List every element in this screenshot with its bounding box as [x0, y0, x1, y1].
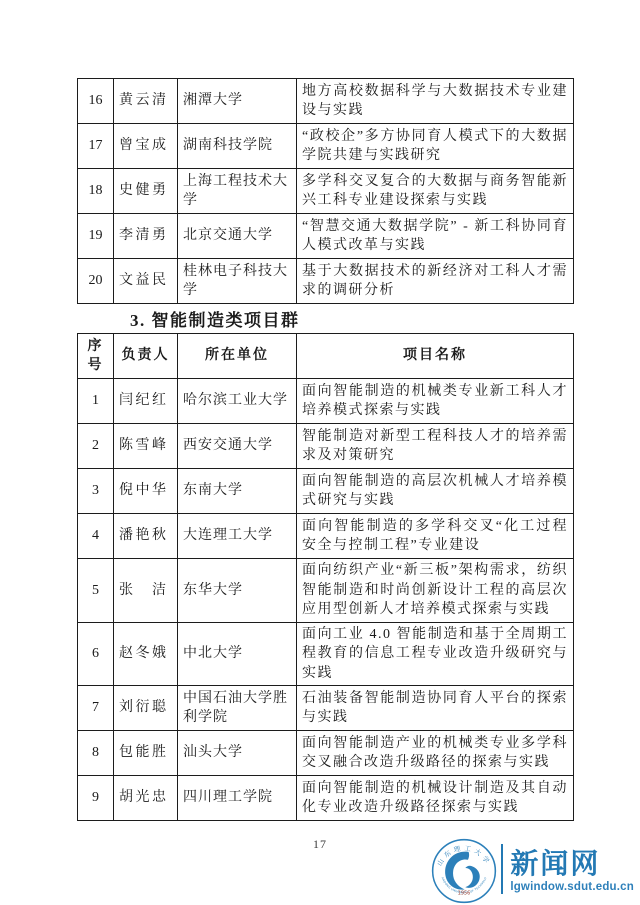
table-row: 18史健勇上海工程技术大学多学科交叉复合的大数据与商务智能新兴工科专业建设探索与…	[78, 169, 574, 214]
header-person-in-charge: 负责人	[114, 334, 178, 379]
cell-unit: 西安交通大学	[178, 424, 297, 469]
cell-no: 18	[78, 169, 114, 214]
cell-project: 面向纺织产业“新三板”架构需求，纺织智能制造和时尚创新设计工程的高层次应用型创新…	[297, 559, 574, 623]
watermark-site-url: lgwindow.sdut.edu.cn	[510, 880, 634, 894]
cell-no: 6	[78, 622, 114, 686]
table-row: 4潘艳秋大连理工大学面向智能制造的多学科交叉“化工过程安全与控制工程”专业建设	[78, 514, 574, 559]
seal-year: 1956	[458, 890, 471, 896]
cell-name: 李清勇	[114, 214, 178, 259]
table-row: 8包能胜汕头大学面向智能制造产业的机械类专业多学科交叉融合改造升级路径的探索与实…	[78, 731, 574, 776]
watermark-divider	[501, 844, 503, 894]
table-row: 20文益民桂林电子科技大学基于大数据技术的新经济对工科人才需求的调研分析	[78, 259, 574, 304]
section-heading-smart-manufacturing: 3. 智能制造类项目群	[130, 308, 640, 333]
cell-name: 文益民	[114, 259, 178, 304]
cell-unit: 北京交通大学	[178, 214, 297, 259]
watermark-site-name: 新闻网	[510, 848, 634, 880]
cell-project: “政校企”多方协同育人模式下的大数据学院共建与实践研究	[297, 124, 574, 169]
university-seal-icon: 山东理工大学 SHANDONG UNIVERSITY OF TECHNOLOGY…	[431, 838, 497, 904]
table-row: 19李清勇北京交通大学“智慧交通大数据学院” - 新工科协同育人模式改革与实践	[78, 214, 574, 259]
cell-project: 面向智能制造的高层次机械人才培养模式研究与实践	[297, 469, 574, 514]
cell-no: 7	[78, 686, 114, 731]
cell-no: 4	[78, 514, 114, 559]
cell-name: 黄云清	[114, 79, 178, 124]
header-affiliation: 所在单位	[178, 334, 297, 379]
table-row: 3倪中华东南大学面向智能制造的高层次机械人才培养模式研究与实践	[78, 469, 574, 514]
cell-name: 包能胜	[114, 731, 178, 776]
cell-project: 面向智能制造的机械类专业新工科人才培养模式探索与实践	[297, 379, 574, 424]
header-serial-number: 序号	[78, 334, 114, 379]
cell-unit: 上海工程技术大学	[178, 169, 297, 214]
cell-name: 刘衍聪	[114, 686, 178, 731]
cell-name: 陈雪峰	[114, 424, 178, 469]
cell-project: 基于大数据技术的新经济对工科人才需求的调研分析	[297, 259, 574, 304]
header-project-name: 项目名称	[297, 334, 574, 379]
cell-unit: 中北大学	[178, 622, 297, 686]
table-row: 5张 洁东华大学面向纺织产业“新三板”架构需求，纺织智能制造和时尚创新设计工程的…	[78, 559, 574, 623]
table-row: 7刘衍聪中国石油大学胜利学院石油装备智能制造协同育人平台的探索与实践	[78, 686, 574, 731]
table-row: 9胡光忠四川理工学院面向智能制造的机械设计制造及其自动化专业改造升级路径探索与实…	[78, 776, 574, 821]
cell-unit: 大连理工大学	[178, 514, 297, 559]
cell-unit: 东华大学	[178, 559, 297, 623]
table-header-row: 序号 负责人 所在单位 项目名称	[78, 334, 574, 379]
cell-unit: 汕头大学	[178, 731, 297, 776]
cell-name: 倪中华	[114, 469, 178, 514]
cell-unit: 桂林电子科技大学	[178, 259, 297, 304]
cell-project: 面向智能制造产业的机械类专业多学科交叉融合改造升级路径的探索与实践	[297, 731, 574, 776]
cell-no: 9	[78, 776, 114, 821]
cell-name: 闫纪红	[114, 379, 178, 424]
cell-no: 1	[78, 379, 114, 424]
table-row: 2陈雪峰西安交通大学智能制造对新型工程科技人才的培养需求及对策研究	[78, 424, 574, 469]
cell-no: 8	[78, 731, 114, 776]
smart-manufacturing-projects-table: 序号 负责人 所在单位 项目名称 1闫纪红哈尔滨工业大学面向智能制造的机械类专业…	[77, 333, 574, 821]
cell-name: 潘艳秋	[114, 514, 178, 559]
cell-name: 胡光忠	[114, 776, 178, 821]
cell-project: 智能制造对新型工程科技人才的培养需求及对策研究	[297, 424, 574, 469]
document-page: 16黄云清湘潭大学地方高校数据科学与大数据技术专业建设与实践17曾宝成湖南科技学…	[0, 0, 640, 905]
cell-unit: 中国石油大学胜利学院	[178, 686, 297, 731]
cell-unit: 东南大学	[178, 469, 297, 514]
cell-no: 20	[78, 259, 114, 304]
cell-name: 史健勇	[114, 169, 178, 214]
big-data-projects-table: 16黄云清湘潭大学地方高校数据科学与大数据技术专业建设与实践17曾宝成湖南科技学…	[77, 78, 574, 304]
cell-no: 17	[78, 124, 114, 169]
cell-name: 赵冬娥	[114, 622, 178, 686]
cell-no: 19	[78, 214, 114, 259]
cell-unit: 哈尔滨工业大学	[178, 379, 297, 424]
news-site-watermark: 山东理工大学 SHANDONG UNIVERSITY OF TECHNOLOGY…	[431, 838, 634, 904]
cell-no: 16	[78, 79, 114, 124]
cell-project: 面向智能制造的多学科交叉“化工过程安全与控制工程”专业建设	[297, 514, 574, 559]
top-margin	[0, 0, 640, 78]
cell-unit: 四川理工学院	[178, 776, 297, 821]
cell-project: 地方高校数据科学与大数据技术专业建设与实践	[297, 79, 574, 124]
cell-name: 张 洁	[114, 559, 178, 623]
cell-no: 2	[78, 424, 114, 469]
table-row: 16黄云清湘潭大学地方高校数据科学与大数据技术专业建设与实践	[78, 79, 574, 124]
table-row: 6赵冬娥中北大学面向工业 4.0 智能制造和基于全周期工程教育的信息工程专业改造…	[78, 622, 574, 686]
cell-project: 石油装备智能制造协同育人平台的探索与实践	[297, 686, 574, 731]
cell-no: 3	[78, 469, 114, 514]
cell-unit: 湘潭大学	[178, 79, 297, 124]
cell-project: 面向智能制造的机械设计制造及其自动化专业改造升级路径探索与实践	[297, 776, 574, 821]
cell-no: 5	[78, 559, 114, 623]
cell-name: 曾宝成	[114, 124, 178, 169]
table-row: 1闫纪红哈尔滨工业大学面向智能制造的机械类专业新工科人才培养模式探索与实践	[78, 379, 574, 424]
cell-project: 面向工业 4.0 智能制造和基于全周期工程教育的信息工程专业改造升级研究与实践	[297, 622, 574, 686]
cell-project: “智慧交通大数据学院” - 新工科协同育人模式改革与实践	[297, 214, 574, 259]
table-row: 17曾宝成湖南科技学院“政校企”多方协同育人模式下的大数据学院共建与实践研究	[78, 124, 574, 169]
cell-unit: 湖南科技学院	[178, 124, 297, 169]
cell-project: 多学科交叉复合的大数据与商务智能新兴工科专业建设探索与实践	[297, 169, 574, 214]
